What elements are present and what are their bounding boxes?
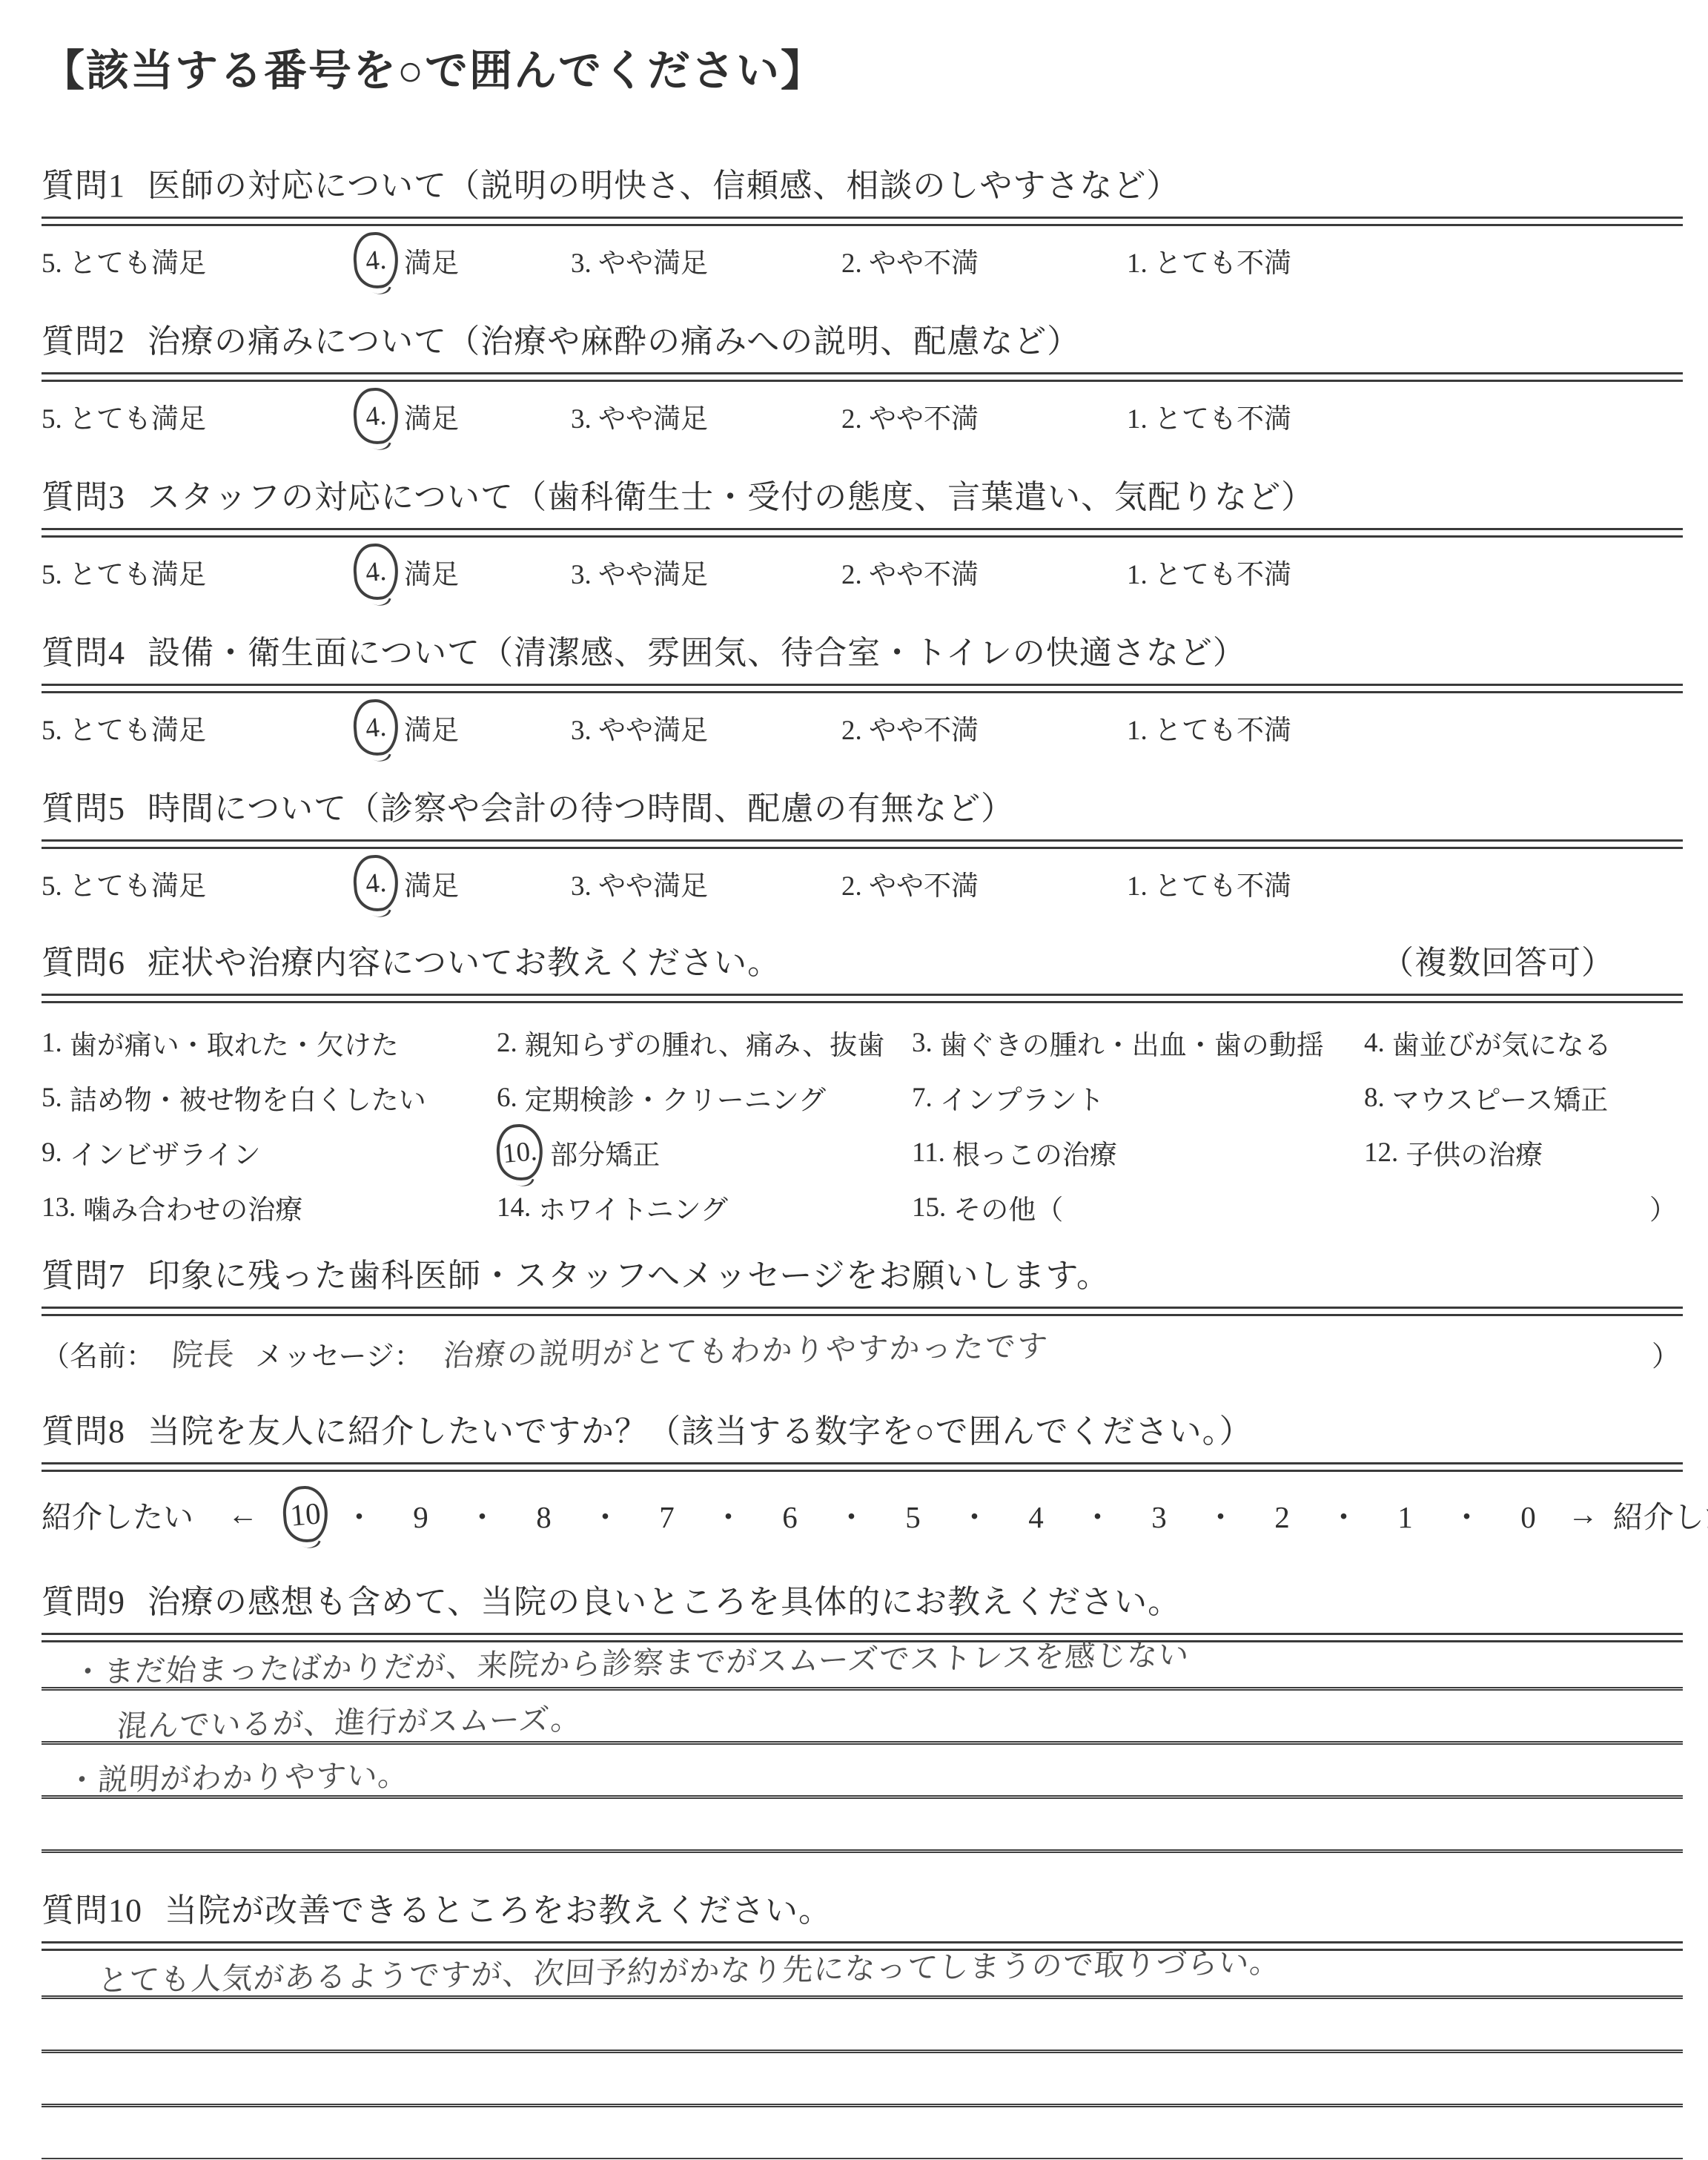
closing-paren: ） bbox=[1649, 1187, 1677, 1227]
item-label: その他（ bbox=[953, 1187, 1063, 1227]
handwritten-answer: ・説明がわかりやすい。 bbox=[65, 1751, 411, 1800]
question-9-answer-area: ・まだ始まったばかりだが、来院から診察までがスムーズでストレスを感じない 混んで… bbox=[42, 1642, 1683, 1853]
item-number: 7. bbox=[912, 1082, 933, 1114]
divider-rule bbox=[42, 994, 1683, 1003]
option-2-somewhat-dissatisfied: 2. やや不満 bbox=[841, 396, 1127, 436]
answer-line: ・説明がわかりやすい。 bbox=[42, 1745, 1683, 1799]
option-1-very-dissatisfied: 1. とても不満 bbox=[1127, 240, 1291, 280]
option-4-label: 満足 bbox=[404, 396, 459, 436]
item-label: 詰め物・被せ物を白くしたい bbox=[70, 1077, 426, 1117]
question-5-title: 質問5 時間について（診察や会計の待つ時間、配慮の有無など） bbox=[42, 782, 1683, 829]
question-5-section: 質問5 時間について（診察や会計の待つ時間、配慮の有無など） 5. とても満足 … bbox=[42, 782, 1683, 913]
handwritten-circle-mark: 4. bbox=[351, 698, 400, 758]
question-4-options: 5. とても満足 4. 満足 3. やや満足 2. やや不満 1. とても不満 bbox=[42, 698, 1683, 757]
option-4-satisfied-circled: 4. 満足 bbox=[354, 232, 571, 288]
answer-line bbox=[42, 1799, 1683, 1853]
item-label: 部分矯正 bbox=[550, 1132, 660, 1172]
question-1-text: 医師の対応について（説明の明快さ、信頼感、相談のしやすさなど） bbox=[148, 159, 1179, 206]
symptom-item-4: 4.歯並びが気になる bbox=[1364, 1015, 1683, 1070]
scale-numbers: ・ 9 ・ 8 ・ 7 ・ 6 ・ 5 ・ 4 ・ 3 ・ 2 ・ 1 ・ 0 bbox=[344, 1493, 1547, 1536]
question-8-number: 質問8 bbox=[42, 1404, 125, 1452]
item-number: 15. bbox=[912, 1192, 946, 1223]
closing-paren: ） bbox=[1652, 1333, 1680, 1374]
circled-number: 4. bbox=[364, 866, 387, 899]
left-arrow-icon: ← bbox=[228, 1496, 258, 1532]
option-1-very-dissatisfied: 1. とても不満 bbox=[1127, 863, 1291, 903]
question-1-section: 質問1 医師の対応について（説明の明快さ、信頼感、相談のしやすさなど） 5. と… bbox=[42, 159, 1683, 290]
option-3-somewhat-satisfied: 3. やや満足 bbox=[571, 240, 841, 280]
question-9-number: 質問9 bbox=[42, 1575, 125, 1622]
option-4-satisfied-circled: 4. 満足 bbox=[354, 855, 571, 911]
page-title: 【該当する番号を○で囲んでください】 bbox=[42, 36, 825, 98]
option-4-satisfied-circled: 4. 満足 bbox=[354, 388, 571, 444]
option-4-label: 満足 bbox=[404, 863, 459, 903]
option-5-very-satisfied: 5. とても満足 bbox=[42, 396, 354, 436]
handwritten-name: 院長 bbox=[171, 1330, 236, 1375]
multiple-answers-note: （複数回答可） bbox=[1381, 936, 1615, 983]
symptom-item-7: 7.インプラント bbox=[912, 1070, 1364, 1125]
option-2-somewhat-dissatisfied: 2. やや不満 bbox=[841, 707, 1127, 747]
item-label: ホワイトニング bbox=[538, 1187, 728, 1227]
handwritten-circle-mark: 4. bbox=[351, 386, 400, 446]
item-label: 歯が痛い・取れた・欠けた bbox=[70, 1023, 399, 1063]
item-number: 12. bbox=[1364, 1137, 1398, 1169]
item-number: 11. bbox=[912, 1137, 945, 1169]
question-3-text: スタッフの対応について（歯科衛生士・受付の態度、言葉遣い、気配りなど） bbox=[148, 470, 1314, 518]
answer-line: ・まだ始まったばかりだが、来院から診察までがスムーズでストレスを感じない bbox=[42, 1642, 1683, 1691]
question-3-title: 質問3 スタッフの対応について（歯科衛生士・受付の態度、言葉遣い、気配りなど） bbox=[42, 470, 1683, 518]
divider-rule bbox=[42, 528, 1683, 538]
symptom-item-8: 8.マウスピース矯正 bbox=[1364, 1070, 1683, 1125]
item-number: 1. bbox=[42, 1027, 62, 1059]
divider-rule bbox=[42, 217, 1683, 226]
option-5-very-satisfied: 5. とても満足 bbox=[42, 863, 354, 903]
option-3-somewhat-satisfied: 3. やや満足 bbox=[571, 707, 841, 747]
divider-rule bbox=[42, 372, 1683, 382]
handwritten-circle-mark: 4. bbox=[351, 853, 400, 914]
question-4-title: 質問4 設備・衛生面について（清潔感、雰囲気、待合室・トイレの快適さなど） bbox=[42, 626, 1683, 673]
question-8-section: 質問8 当院を友人に紹介したいですか？（該当する数字を○で囲んでください。） 紹… bbox=[42, 1404, 1683, 1546]
option-1-very-dissatisfied: 1. とても不満 bbox=[1127, 396, 1291, 436]
question-2-number: 質問2 bbox=[42, 314, 125, 362]
symptom-options-grid: 1.歯が痛い・取れた・欠けた 2.親知らずの腫れ、痛み、抜歯 3.歯ぐきの腫れ・… bbox=[42, 1015, 1683, 1235]
item-label: 子供の治療 bbox=[1406, 1132, 1543, 1172]
question-9-text: 治療の感想も含めて、当院の良いところを具体的にお教えください。 bbox=[148, 1575, 1181, 1622]
symptom-item-13: 13.噛み合わせの治療 bbox=[42, 1180, 497, 1235]
question-7-number: 質問7 bbox=[42, 1249, 125, 1296]
question-1-options: 5. とても満足 4. 満足 3. やや満足 2. やや不満 1. とても不満 bbox=[42, 231, 1683, 290]
question-2-section: 質問2 治療の痛みについて（治療や麻酔の痛みへの説明、配慮など） 5. とても満… bbox=[42, 314, 1683, 446]
question-8-title: 質問8 当院を友人に紹介したいですか？（該当する数字を○で囲んでください。） bbox=[42, 1404, 1683, 1452]
question-9-title: 質問9 治療の感想も含めて、当院の良いところを具体的にお教えください。 bbox=[42, 1575, 1683, 1622]
question-2-text: 治療の痛みについて（治療や麻酔の痛みへの説明、配慮など） bbox=[148, 314, 1080, 362]
message-field-label: メッセージ： bbox=[255, 1333, 423, 1374]
question-6-section: 質問6 症状や治療内容についてお教えください。 （複数回答可） 1.歯が痛い・取… bbox=[42, 936, 1683, 1235]
question-7-answer-row: （名前： 院長 メッセージ： 治療の説明がとてもわかりやすかったです ） bbox=[42, 1331, 1683, 1375]
circled-score-10: 10 bbox=[288, 1495, 322, 1533]
answer-line bbox=[42, 1999, 1683, 2053]
item-label: インプラント bbox=[940, 1077, 1105, 1117]
circled-number: 4. bbox=[364, 243, 387, 277]
option-3-somewhat-satisfied: 3. やや満足 bbox=[571, 552, 841, 592]
symptom-item-12: 12.子供の治療 bbox=[1364, 1125, 1683, 1180]
circled-number: 4. bbox=[364, 399, 387, 432]
option-4-label: 満足 bbox=[404, 240, 459, 280]
circled-number: 10. bbox=[501, 1135, 538, 1170]
item-number: 6. bbox=[497, 1082, 517, 1114]
symptom-item-9: 9.インビザライン bbox=[42, 1125, 497, 1180]
circled-number: 4. bbox=[364, 555, 387, 588]
scale-left-label: 紹介したい bbox=[42, 1493, 193, 1536]
handwritten-circle-mark: 10 bbox=[281, 1484, 330, 1545]
item-label: 親知らずの腫れ、痛み、抜歯 bbox=[525, 1023, 884, 1063]
question-9-section: 質問9 治療の感想も含めて、当院の良いところを具体的にお教えください。 ・まだ始… bbox=[42, 1575, 1683, 1853]
option-5-very-satisfied: 5. とても満足 bbox=[42, 552, 354, 592]
option-4-satisfied-circled: 4. 満足 bbox=[354, 544, 571, 600]
symptom-item-5: 5.詰め物・被せ物を白くしたい bbox=[42, 1070, 497, 1125]
item-number: 14. bbox=[497, 1192, 531, 1223]
question-10-title: 質問10 当院が改善できるところをお教えください。 bbox=[42, 1883, 1683, 1931]
question-5-number: 質問5 bbox=[42, 782, 125, 829]
circled-number: 4. bbox=[364, 710, 387, 744]
question-4-text: 設備・衛生面について（清潔感、雰囲気、待合室・トイレの快適さなど） bbox=[148, 626, 1246, 673]
question-3-options: 5. とても満足 4. 満足 3. やや満足 2. やや不満 1. とても不満 bbox=[42, 542, 1683, 601]
answer-line bbox=[42, 2053, 1683, 2107]
item-number: 13. bbox=[42, 1192, 76, 1223]
question-6-text: 症状や治療内容についてお教えください。 bbox=[148, 936, 781, 983]
item-number: 2. bbox=[497, 1027, 517, 1059]
item-label: 定期検診・クリーニング bbox=[525, 1077, 826, 1117]
question-3-number: 質問3 bbox=[42, 470, 125, 518]
handwritten-circle-mark: 4. bbox=[351, 542, 400, 602]
symptom-item-14: 14.ホワイトニング bbox=[497, 1180, 912, 1235]
divider-rule bbox=[42, 839, 1683, 849]
option-2-somewhat-dissatisfied: 2. やや不満 bbox=[841, 863, 1127, 903]
option-5-very-satisfied: 5. とても満足 bbox=[42, 240, 354, 280]
question-10-section: 質問10 当院が改善できるところをお教えください。 とても人気があるようですが、… bbox=[42, 1883, 1683, 2160]
handwritten-message: 治療の説明がとてもわかりやすかったです bbox=[442, 1321, 1050, 1375]
item-number: 3. bbox=[912, 1027, 933, 1059]
item-label: 噛み合わせの治療 bbox=[83, 1187, 302, 1227]
option-1-very-dissatisfied: 1. とても不満 bbox=[1127, 552, 1291, 592]
item-number: 5. bbox=[42, 1082, 62, 1114]
symptom-item-6: 6.定期検診・クリーニング bbox=[497, 1070, 912, 1125]
item-label: 歯ぐきの腫れ・出血・歯の動揺 bbox=[940, 1023, 1324, 1063]
item-label: 根っこの治療 bbox=[953, 1132, 1117, 1172]
symptom-item-1: 1.歯が痛い・取れた・欠けた bbox=[42, 1015, 497, 1070]
option-2-somewhat-dissatisfied: 2. やや不満 bbox=[841, 240, 1127, 280]
item-label: インビザライン bbox=[70, 1132, 261, 1172]
option-3-somewhat-satisfied: 3. やや満足 bbox=[571, 863, 841, 903]
question-1-title: 質問1 医師の対応について（説明の明快さ、信頼感、相談のしやすさなど） bbox=[42, 159, 1683, 206]
item-number: 9. bbox=[42, 1137, 62, 1169]
divider-rule bbox=[42, 1462, 1683, 1472]
question-6-title: 質問6 症状や治療内容についてお教えください。 （複数回答可） bbox=[42, 936, 1683, 983]
item-number: 8. bbox=[1364, 1082, 1385, 1114]
recommend-scale-row: 紹介したい ← 10 ・ 9 ・ 8 ・ 7 ・ 6 ・ 5 ・ 4 ・ 3 ・… bbox=[42, 1482, 1683, 1546]
question-1-number: 質問1 bbox=[42, 159, 125, 206]
question-4-number: 質問4 bbox=[42, 626, 125, 673]
option-4-satisfied-circled: 4. 満足 bbox=[354, 699, 571, 756]
question-7-text: 印象に残った歯科医師・スタッフへメッセージをお願いします。 bbox=[148, 1249, 1110, 1296]
option-2-somewhat-dissatisfied: 2. やや不満 bbox=[841, 552, 1127, 592]
question-3-section: 質問3 スタッフの対応について（歯科衛生士・受付の態度、言葉遣い、気配りなど） … bbox=[42, 470, 1683, 601]
question-6-number: 質問6 bbox=[42, 936, 125, 983]
handwritten-circle-mark: 4. bbox=[351, 231, 400, 291]
handwritten-answer: 混んでいるが、進行がスムーズ。 bbox=[116, 1694, 583, 1745]
question-7-title: 質問7 印象に残った歯科医師・スタッフへメッセージをお願いします。 bbox=[42, 1249, 1683, 1296]
question-2-title: 質問2 治療の痛みについて（治療や麻酔の痛みへの説明、配慮など） bbox=[42, 314, 1683, 362]
question-8-text: 当院を友人に紹介したいですか？（該当する数字を○で囲んでください。） bbox=[148, 1404, 1253, 1452]
question-5-text: 時間について（診察や会計の待つ時間、配慮の有無など） bbox=[148, 782, 1014, 829]
answer-line: 混んでいるが、進行がスムーズ。 bbox=[42, 1691, 1683, 1745]
symptom-item-10-circled: 10. 部分矯正 bbox=[497, 1125, 912, 1180]
option-5-very-satisfied: 5. とても満足 bbox=[42, 707, 354, 747]
option-4-label: 満足 bbox=[404, 552, 459, 592]
option-1-very-dissatisfied: 1. とても不満 bbox=[1127, 707, 1291, 747]
divider-rule bbox=[42, 684, 1683, 693]
item-label: マウスピース矯正 bbox=[1392, 1077, 1609, 1117]
symptom-item-11: 11.根っこの治療 bbox=[912, 1125, 1364, 1180]
symptom-item-15-other: 15. その他（ ） bbox=[912, 1180, 1683, 1235]
scale-right-label: 紹介したくない bbox=[1613, 1493, 1708, 1536]
item-label: 歯並びが気になる bbox=[1392, 1023, 1612, 1063]
question-4-section: 質問4 設備・衛生面について（清潔感、雰囲気、待合室・トイレの快適さなど） 5.… bbox=[42, 626, 1683, 757]
question-2-options: 5. とても満足 4. 満足 3. やや満足 2. やや不満 1. とても不満 bbox=[42, 386, 1683, 446]
item-number: 4. bbox=[1364, 1027, 1385, 1059]
question-10-answer-area: とても人気があるようですが、次回予約がかなり先になってしまうので取りづらい。 bbox=[42, 1951, 1683, 2160]
option-3-somewhat-satisfied: 3. やや満足 bbox=[571, 396, 841, 436]
question-10-text: 当院が改善できるところをお教えください。 bbox=[165, 1883, 832, 1931]
question-10-number: 質問10 bbox=[42, 1883, 142, 1931]
right-arrow-icon: → bbox=[1568, 1496, 1598, 1532]
divider-rule bbox=[42, 1307, 1683, 1316]
symptom-item-2: 2.親知らずの腫れ、痛み、抜歯 bbox=[497, 1015, 912, 1070]
question-7-section: 質問7 印象に残った歯科医師・スタッフへメッセージをお願いします。 （名前： 院… bbox=[42, 1249, 1683, 1375]
option-4-label: 満足 bbox=[404, 707, 459, 747]
symptom-item-3: 3.歯ぐきの腫れ・出血・歯の動揺 bbox=[912, 1015, 1364, 1070]
handwritten-circle-mark: 10. bbox=[494, 1122, 546, 1182]
answer-line bbox=[42, 2107, 1683, 2160]
answer-line: とても人気があるようですが、次回予約がかなり先になってしまうので取りづらい。 bbox=[42, 1951, 1683, 1999]
name-field-label: （名前： bbox=[42, 1333, 154, 1374]
question-5-options: 5. とても満足 4. 満足 3. やや満足 2. やや不満 1. とても不満 bbox=[42, 853, 1683, 913]
